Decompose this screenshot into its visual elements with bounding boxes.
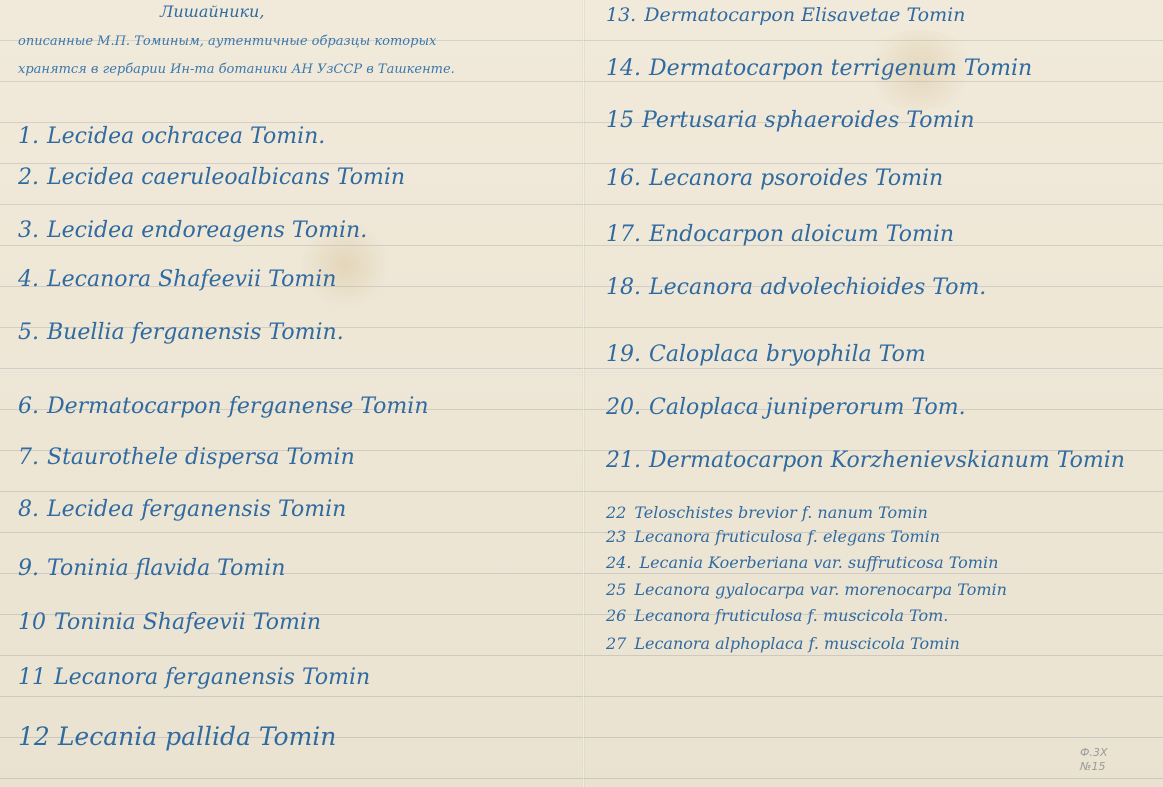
list-item: 2.Lecidea caeruleoalbicans Tomin xyxy=(18,165,405,190)
heading-line-1: описанные М.П. Томиным, аутентичные обра… xyxy=(18,34,436,49)
list-item: 4.Lecanora Shafeevii Tomin xyxy=(18,267,336,292)
list-item: 21.Dermatocarpon Korzhenievskianum Tomin xyxy=(606,448,1125,473)
vertical-fold xyxy=(582,0,585,787)
list-item: 5.Buellia ferganensis Tomin. xyxy=(18,320,344,345)
list-item: 16.Lecanora psoroides Tomin xyxy=(606,166,943,191)
list-item: 26Lecanora fruticulosa f. muscicola Tom. xyxy=(606,606,948,625)
list-item: 27Lecanora alphoplaca f. muscicola Tomin xyxy=(606,634,960,653)
list-item: 1.Lecidea ochracea Tomin. xyxy=(18,124,325,149)
list-item: 17.Endocarpon aloicum Tomin xyxy=(606,222,954,247)
pencil-note-line-2: №15 xyxy=(1080,760,1108,774)
list-item: 18.Lecanora advolechioides Tom. xyxy=(606,275,986,300)
horizontal-fold xyxy=(0,372,1163,375)
list-item: 22Teloschistes brevior f. nanum Tomin xyxy=(606,503,928,522)
list-item: 9.Toninia flavida Tomin xyxy=(18,556,285,581)
list-item: 13.Dermatocarpon Elisavetae Tomin xyxy=(606,4,965,26)
list-item: 11Lecanora ferganensis Tomin xyxy=(18,665,370,690)
list-item: 10Toninia Shafeevii Tomin xyxy=(18,610,321,635)
heading-line-2: хранятся в гербарии Ин-та ботаники АН Уз… xyxy=(18,62,455,77)
list-item: 15Pertusaria sphaeroides Tomin xyxy=(606,108,975,133)
list-item: 23Lecanora fruticulosa f. elegans Tomin xyxy=(606,527,940,546)
list-item: 8.Lecidea ferganensis Tomin xyxy=(18,497,346,522)
list-item: 14.Dermatocarpon terrigenum Tomin xyxy=(606,56,1032,81)
list-item: 25Lecanora gyalocarpa var. morenocarpa T… xyxy=(606,580,1007,599)
heading-title: Лишайники, xyxy=(160,2,264,21)
list-item: 19.Caloplaca bryophila Tom xyxy=(606,342,926,367)
list-item: 24.Lecania Koerberiana var. suffruticosa… xyxy=(606,553,998,572)
list-item: 3.Lecidea endoreagens Tomin. xyxy=(18,218,367,243)
list-item: 6.Dermatocarpon ferganense Tomin xyxy=(18,394,429,419)
list-item: 7.Staurothele dispersa Tomin xyxy=(18,445,355,470)
list-item: 20.Caloplaca juniperorum Tom. xyxy=(606,395,966,420)
pencil-note-line-1: Ф.3Х xyxy=(1080,746,1108,760)
list-item: 12Lecania pallida Tomin xyxy=(18,722,336,751)
pencil-archive-note: Ф.3Х №15 xyxy=(1080,746,1108,774)
